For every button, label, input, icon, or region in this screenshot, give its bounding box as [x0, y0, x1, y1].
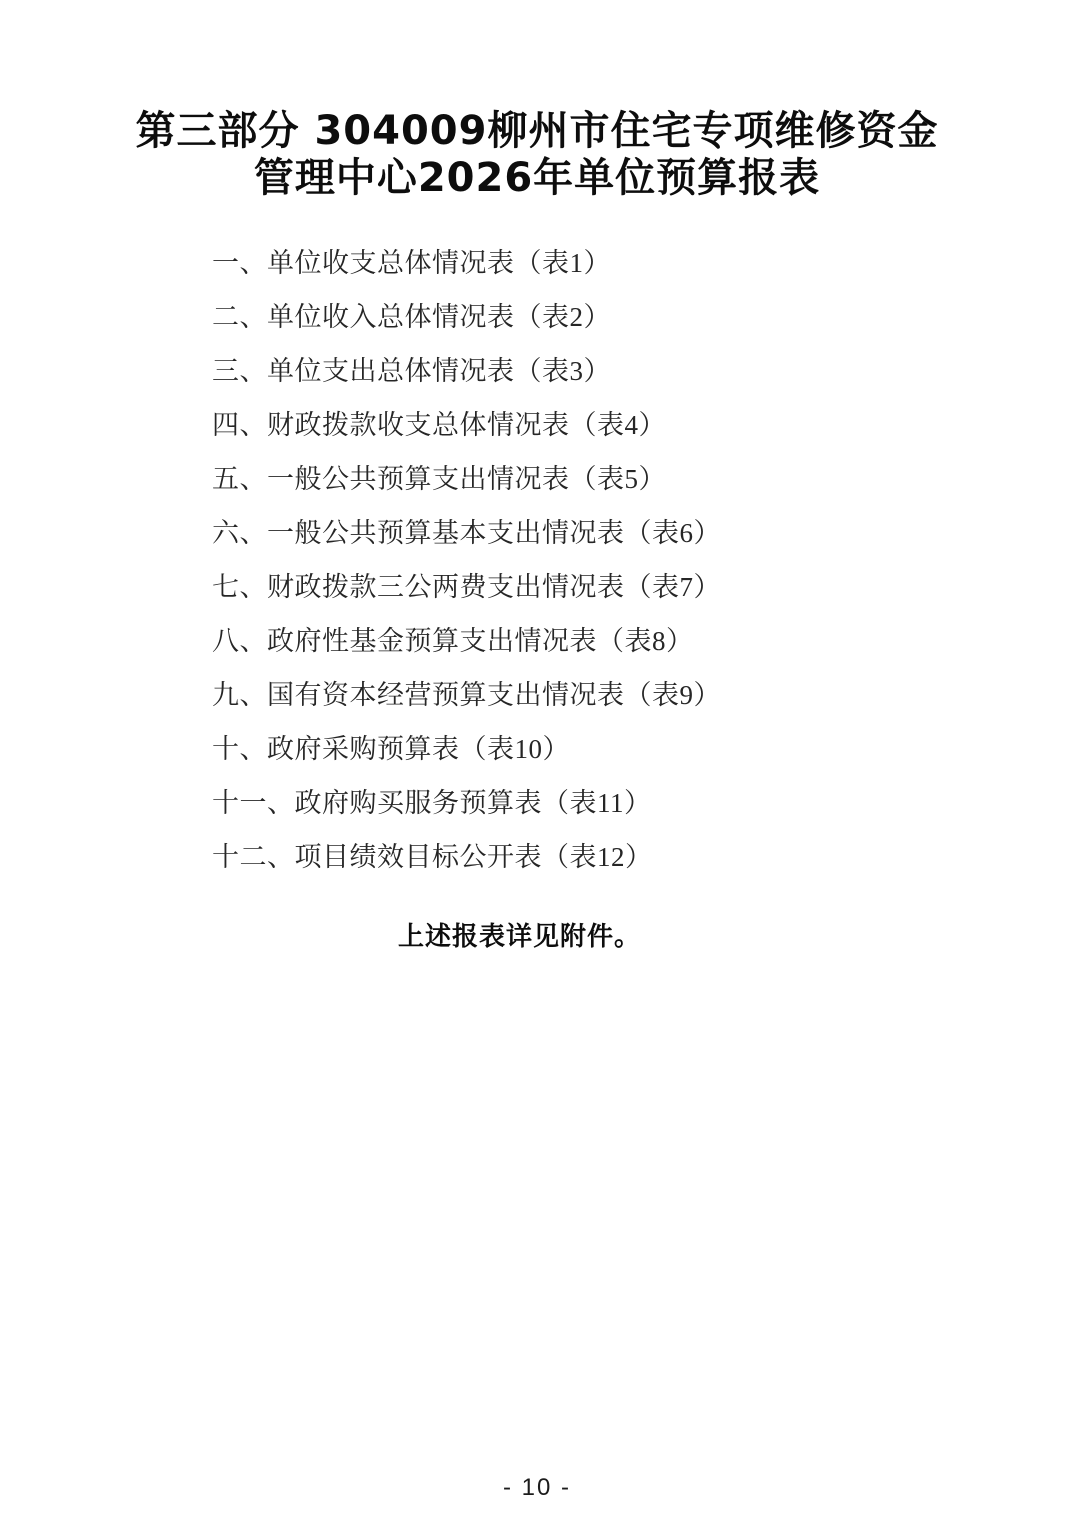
- toc-item-9: 九、国有资本经营预算支出情况表（表9）: [212, 668, 721, 722]
- page-title-line-1: 第三部分 304009柳州市住宅专项维修资金: [0, 108, 1074, 155]
- toc-item-7: 七、财政拨款三公两费支出情况表（表7）: [212, 560, 721, 614]
- toc-item-12: 十二、项目绩效目标公开表（表12）: [212, 830, 721, 884]
- toc-item-4: 四、财政拨款收支总体情况表（表4）: [212, 398, 721, 452]
- document-page: 第三部分 304009柳州市住宅专项维修资金 管理中心2026年单位预算报表 一…: [0, 0, 1074, 1520]
- toc-item-6: 六、一般公共预算基本支出情况表（表6）: [212, 506, 721, 560]
- table-of-contents: 一、单位收支总体情况表（表1） 二、单位收入总体情况表（表2） 三、单位支出总体…: [212, 236, 721, 884]
- page-number: - 10 -: [0, 1474, 1074, 1502]
- toc-item-3: 三、单位支出总体情况表（表3）: [212, 344, 721, 398]
- attachment-note: 上述报表详见附件。: [398, 921, 641, 953]
- toc-item-10: 十、政府采购预算表（表10）: [212, 722, 721, 776]
- toc-item-11: 十一、政府购买服务预算表（表11）: [212, 776, 721, 830]
- toc-item-2: 二、单位收入总体情况表（表2）: [212, 290, 721, 344]
- page-title: 第三部分 304009柳州市住宅专项维修资金 管理中心2026年单位预算报表: [0, 108, 1074, 202]
- toc-item-8: 八、政府性基金预算支出情况表（表8）: [212, 614, 721, 668]
- toc-item-5: 五、一般公共预算支出情况表（表5）: [212, 452, 721, 506]
- page-title-line-2: 管理中心2026年单位预算报表: [0, 155, 1074, 202]
- toc-item-1: 一、单位收支总体情况表（表1）: [212, 236, 721, 290]
